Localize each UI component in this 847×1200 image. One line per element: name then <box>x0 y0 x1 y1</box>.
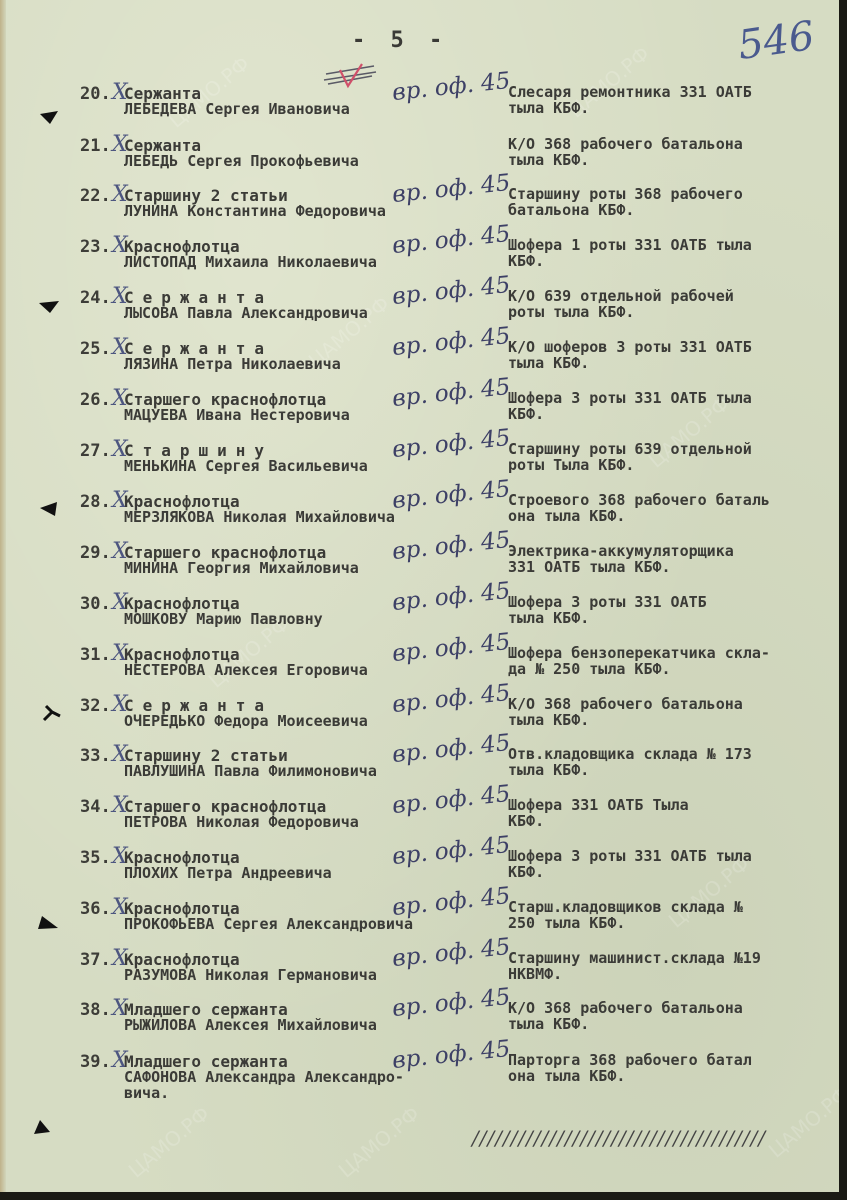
entry-position: К/О шоферов 3 роты 331 ОАТБтыла КБФ. <box>508 339 838 371</box>
archive-sheet-number: 546 <box>735 13 817 69</box>
position-line: тыла КБФ. <box>508 152 838 168</box>
entry-number: 30. <box>80 594 111 614</box>
entry-position: К/О 368 рабочего батальонатыла КБФ. <box>508 136 838 168</box>
entry-number: 34. <box>80 797 111 817</box>
position-line: роты Тыла КБФ. <box>508 457 838 473</box>
entry-full-name: ЛЫСОВА Павла Александровича <box>124 304 368 322</box>
entry-number: 33. <box>80 746 111 766</box>
position-line: НКВМФ. <box>508 966 838 982</box>
watermark: ЦАМО.РФ <box>124 1101 214 1182</box>
entry-position: Строевого 368 рабочего батальона тыла КБ… <box>508 492 838 524</box>
entry-full-name: МАЦУЕВА Ивана Нестеровича <box>124 406 350 424</box>
entry-number: 23. <box>80 237 111 257</box>
position-line: Шофера 3 роты 331 ОАТБ тыла <box>508 390 838 406</box>
position-line: Парторга 368 рабочего батал <box>508 1052 838 1068</box>
entry-position: Старшину машинист.склада №19НКВМФ. <box>508 950 838 982</box>
entry-number: 27. <box>80 441 111 461</box>
position-line: Шофера 3 роты 331 ОАТБ <box>508 594 838 610</box>
entry-number: 36. <box>80 899 111 919</box>
list-item: 20.XСержантаЛЕБЕДЕВА Сергея Ивановичавр.… <box>0 84 839 136</box>
entry-full-name: ОЧЕРЕДЬКО Федора Моисеевича <box>124 712 368 730</box>
position-line: роты тыла КБФ. <box>508 304 838 320</box>
document-page: ЦАМО.РФ ЦАМО.РФ ЦАМО.РФ ЦАМО.РФ ЦАМО.РФ … <box>0 0 839 1192</box>
entry-number: 32. <box>80 696 111 716</box>
entry-number: 25. <box>80 339 111 359</box>
position-line: 331 ОАТБ тыла КБФ. <box>508 559 838 575</box>
entry-full-name: РЫЖИЛОВА Алексея Михайловича <box>124 1016 377 1034</box>
entry-full-name: ЛЕБЕДЕВА Сергея Ивановича <box>124 100 350 118</box>
entry-full-name: ПЕТРОВА Николая Федоровича <box>124 813 359 831</box>
position-line: КБФ. <box>508 864 838 880</box>
position-line: да № 250 тыла КБФ. <box>508 661 838 677</box>
entry-number: 38. <box>80 1000 111 1020</box>
position-line: Шофера 331 ОАТБ Тыла <box>508 797 838 813</box>
position-line: тыла КБФ. <box>508 762 838 778</box>
entry-full-name: ПЛОХИХ Петра Андреевича <box>124 864 332 882</box>
position-line: К/О 639 отдельной рабочей <box>508 288 838 304</box>
position-line: Старш.кладовщиков склада № <box>508 899 838 915</box>
entry-position: К/О 368 рабочего батальонатыла КБФ. <box>508 1000 838 1032</box>
position-line: Шофера бензоперекатчика скла- <box>508 645 838 661</box>
position-line: тыла КБФ. <box>508 100 838 116</box>
position-line: Старшину роты 368 рабочего <box>508 186 838 202</box>
entry-full-name: ЛУНИНА Константина Федоровича <box>124 202 386 220</box>
position-line: тыла КБФ. <box>508 610 838 626</box>
entry-number: 39. <box>80 1052 111 1072</box>
position-line: тыла КБФ. <box>508 1016 838 1032</box>
entry-position: Отв.кладовщика склада № 173тыла КБФ. <box>508 746 838 778</box>
position-line: Отв.кладовщика склада № 173 <box>508 746 838 762</box>
entry-number: 37. <box>80 950 111 970</box>
position-line: Слесаря ремонтника 331 ОАТБ <box>508 84 838 100</box>
entry-full-name: МОШКОВУ Марию Павловну <box>124 610 323 628</box>
position-line: КБФ. <box>508 253 838 269</box>
position-line: Строевого 368 рабочего баталь <box>508 492 838 508</box>
position-line: К/О 368 рабочего батальона <box>508 696 838 712</box>
entry-position: К/О 368 рабочего батальонатыла КБФ. <box>508 696 838 728</box>
position-line: батальона КБФ. <box>508 202 838 218</box>
entry-number: 31. <box>80 645 111 665</box>
page-number: - 5 - <box>352 28 448 53</box>
position-line: Электрика-аккумуляторщика <box>508 543 838 559</box>
entry-position: Шофера 331 ОАТБ ТылаКБФ. <box>508 797 838 829</box>
position-line: КБФ. <box>508 813 838 829</box>
position-line: Шофера 1 роты 331 ОАТБ тыла <box>508 237 838 253</box>
entry-position: Шофера 1 роты 331 ОАТБ тылаКБФ. <box>508 237 838 269</box>
position-line: Старшину роты 639 отдельной <box>508 441 838 457</box>
entry-position: Старшину роты 368 рабочегобатальона КБФ. <box>508 186 838 218</box>
entry-position: Старш.кладовщиков склада №250 тыла КБФ. <box>508 899 838 931</box>
punch-hole-icon <box>32 1118 54 1136</box>
entry-full-name: НЕСТЕРОВА Алексея Егоровича <box>124 661 368 679</box>
position-line: КБФ. <box>508 406 838 422</box>
entry-number: 24. <box>80 288 111 308</box>
entry-position: Слесаря ремонтника 331 ОАТБтыла КБФ. <box>508 84 838 116</box>
position-line: тыла КБФ. <box>508 355 838 371</box>
entry-full-name: РАЗУМОВА Николая Германовича <box>124 966 377 984</box>
entry-position: Шофера 3 роты 331 ОАТБ тылаКБФ. <box>508 848 838 880</box>
entry-position: Старшину роты 639 отдельнойроты Тыла КБФ… <box>508 441 838 473</box>
entry-full-name: МИНИНА Георгия Михайловича <box>124 559 359 577</box>
entry-position: Парторга 368 рабочего баталона тыла КБФ. <box>508 1052 838 1084</box>
position-line: она тыла КБФ. <box>508 508 838 524</box>
entry-number: 22. <box>80 186 111 206</box>
position-line: тыла КБФ. <box>508 712 838 728</box>
entry-full-name-continued: вича. <box>124 1084 169 1102</box>
entry-number: 20. <box>80 84 111 104</box>
entry-number: 35. <box>80 848 111 868</box>
position-line: К/О 368 рабочего батальона <box>508 136 838 152</box>
entry-number: 28. <box>80 492 111 512</box>
entry-number: 29. <box>80 543 111 563</box>
position-line: К/О шоферов 3 роты 331 ОАТБ <box>508 339 838 355</box>
handwritten-note: вр. оф. 45 <box>391 68 512 106</box>
entry-number: 26. <box>80 390 111 410</box>
entry-full-name: ПАВЛУШИНА Павла Филимоновича <box>124 762 377 780</box>
entry-full-name: ЛЯЗИНА Петра Николаевича <box>124 355 341 373</box>
entry-position: Шофера 3 роты 331 ОАТБ тылаКБФ. <box>508 390 838 422</box>
position-line: Старшину машинист.склада №19 <box>508 950 838 966</box>
watermark: ЦАМО.РФ <box>334 1101 424 1182</box>
position-line: она тыла КБФ. <box>508 1068 838 1084</box>
entry-full-name: МЕРЗЛЯКОВА Николая Михайловича <box>124 508 395 526</box>
entry-number: 21. <box>80 136 111 156</box>
entry-full-name: ЛЕБЕДЬ Сергея Прокофьевича <box>124 152 359 170</box>
position-line: 250 тыла КБФ. <box>508 915 838 931</box>
entry-position: Шофера 3 роты 331 ОАТБтыла КБФ. <box>508 594 838 626</box>
entry-full-name: ПРОКОФЬЕВА Сергея Александровича <box>124 915 413 933</box>
entry-full-name: ЛИСТОПАД Михаила Николаевича <box>124 253 377 271</box>
entry-position: Электрика-аккумуляторщика331 ОАТБ тыла К… <box>508 543 838 575</box>
entry-position: Шофера бензоперекатчика скла-да № 250 ты… <box>508 645 838 677</box>
list-item: 39.XМладшего сержантаСАФОНОВА Александра… <box>0 1052 839 1104</box>
entry-full-name: МЕНЬКИНА Сергея Васильевича <box>124 457 368 475</box>
entry-position: К/О 639 отдельной рабочейроты тыла КБФ. <box>508 288 838 320</box>
end-of-list-mark: ////////////////////////////////////// <box>472 1126 766 1150</box>
position-line: Шофера 3 роты 331 ОАТБ тыла <box>508 848 838 864</box>
position-line: К/О 368 рабочего батальона <box>508 1000 838 1016</box>
